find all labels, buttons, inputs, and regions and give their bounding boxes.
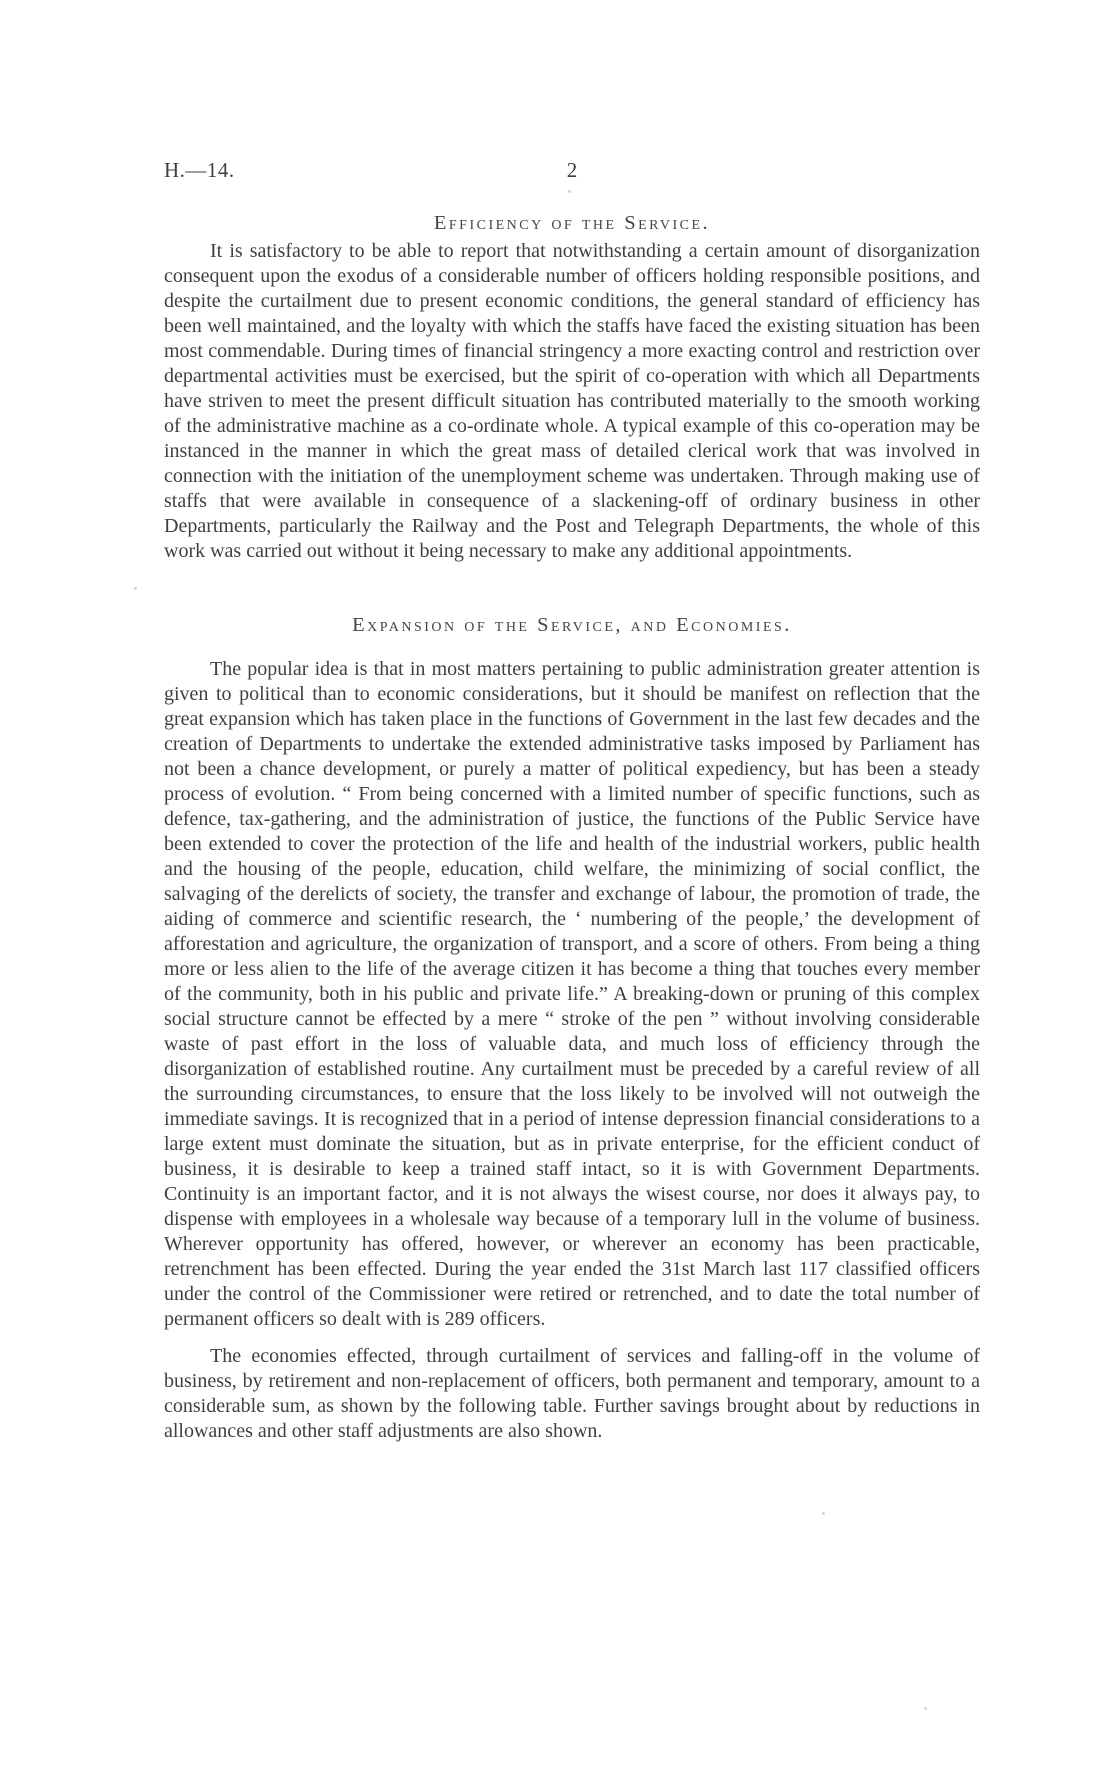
- scan-artifact: [568, 190, 571, 193]
- section-heading-expansion: Expansion of the Service, and Economies.: [164, 614, 980, 637]
- document-page: H.—14. 2 Efficiency of the Service. It i…: [164, 158, 980, 1444]
- scan-artifact: [134, 587, 137, 590]
- page-number: 2: [164, 158, 980, 183]
- paragraph-economies: The economies effected, through curtailm…: [164, 1344, 980, 1444]
- section-heading-efficiency: Efficiency of the Service.: [164, 212, 980, 235]
- paragraph-efficiency: It is satisfactory to be able to report …: [164, 239, 980, 564]
- paragraph-expansion: The popular idea is that in most matters…: [164, 657, 980, 1332]
- section-efficiency: Efficiency of the Service. It is satisfa…: [164, 212, 980, 564]
- scan-artifact: [822, 1512, 825, 1515]
- section-expansion: Expansion of the Service, and Economies.…: [164, 614, 980, 1444]
- scan-artifact: [924, 1707, 927, 1710]
- page-header: H.—14. 2: [164, 158, 980, 184]
